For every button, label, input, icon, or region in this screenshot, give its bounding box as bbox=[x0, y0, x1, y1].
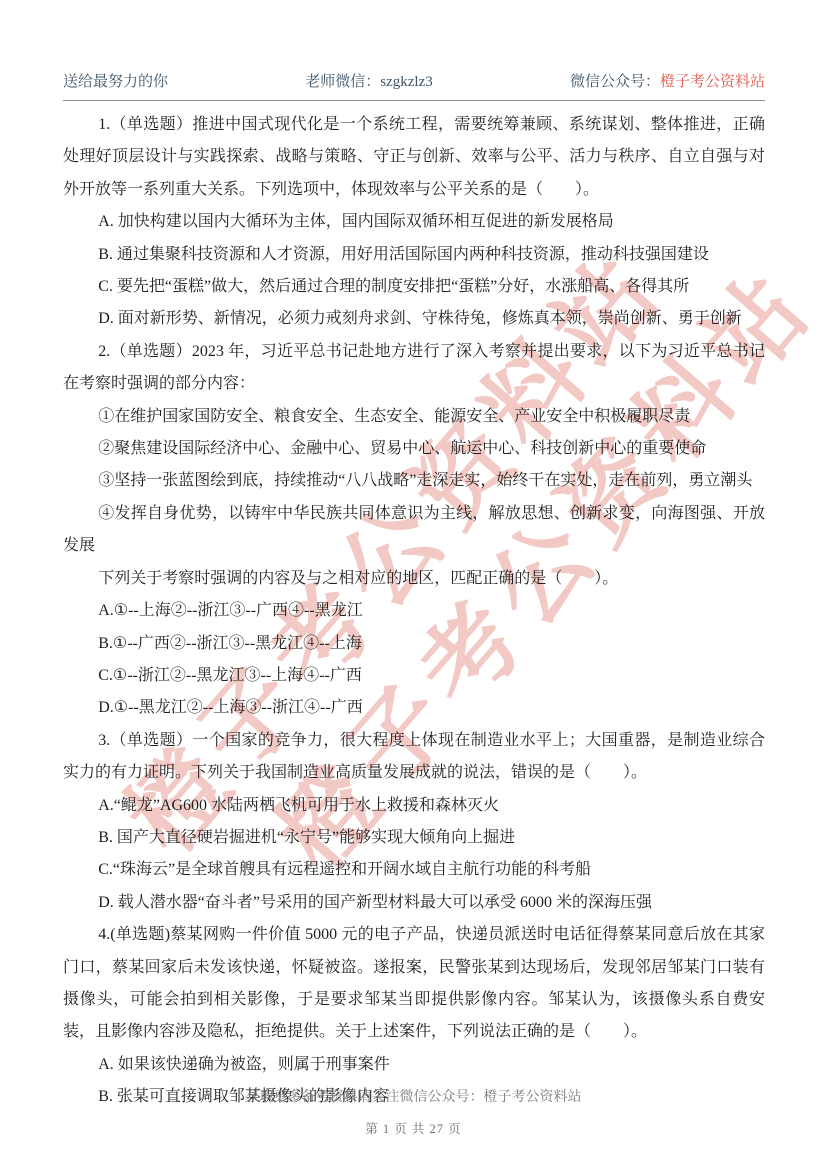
question-3-option-b: B. 国产大直径硬岩掘进机“永宁号”能够实现大倾角向上掘进 bbox=[63, 822, 765, 854]
question-2-option-c: C.①--浙江②--黑龙江③--上海④--广西 bbox=[63, 660, 765, 692]
question-4-option-a: A. 如果该快递确为被盗，则属于刑事案件 bbox=[63, 1049, 765, 1081]
question-2-option-a: A.①--上海②--浙江③--广西④--黑龙江 bbox=[63, 595, 765, 627]
exam-document-page: 橙子考公资料站 橙子考公资料站 送给最努力的你 老师微信：szgkzlz3 微信… bbox=[0, 0, 827, 1169]
teacher-wechat-label: 老师微信： bbox=[305, 74, 380, 90]
question-2-stem: 2.（单选题）2023 年，习近平总书记赴地方进行了深入考察并提出要求，以下为习… bbox=[63, 336, 765, 401]
question-4-stem: 4.(单选题)蔡某网购一件价值 5000 元的电子产品，快递员派送时电话征得蔡某… bbox=[63, 919, 765, 1049]
question-2-stem-continued: 下列关于考察时强调的内容及与之相对应的地区，匹配正确的是（ ）。 bbox=[63, 563, 765, 595]
public-account-label: 微信公众号： bbox=[570, 74, 660, 90]
question-1-stem: 1.（单选题）推进中国式现代化是一个系统工程，需要统筹兼顾、系统谋划、整体推进，… bbox=[63, 109, 765, 206]
question-2-option-d: D.①--黑龙江②--上海③--浙江④--广西 bbox=[63, 692, 765, 724]
question-1-option-d: D. 面对新形势、新情况，必须力戒刻舟求剑、守株待兔，修炼真本领，崇尚创新、勇于… bbox=[63, 303, 765, 335]
teacher-wechat-value: szgkzlz3 bbox=[380, 74, 432, 90]
question-3-option-c: C.“珠海云”是全球首艘具有远程遥控和开阔水域自主航行功能的科考船 bbox=[63, 854, 765, 886]
public-account-value: 橙子考公资料站 bbox=[660, 74, 765, 90]
question-3-option-a: A.“鲲龙”AG600 水陆两栖飞机可用于水上救援和森林灭火 bbox=[63, 790, 765, 822]
question-2-item-1: ①在维护国家国防安全、粮食安全、生态安全、能源安全、产业安全中积极履职尽责 bbox=[63, 401, 765, 433]
question-2-item-2: ②聚焦建设国际经济中心、金融中心、贸易中心、航运中心、科技创新中心的重要使命 bbox=[63, 433, 765, 465]
page-number: 第 1 页 共 27 页 bbox=[0, 1119, 827, 1137]
public-account: 微信公众号：橙子考公资料站 bbox=[570, 70, 765, 91]
question-2-item-3: ③坚持一张蓝图绘到底，持续推动“八八战略”走深走实，始终干在实处，走在前列，勇立… bbox=[63, 465, 765, 497]
page-header: 送给最努力的你 老师微信：szgkzlz3 微信公众号：橙子考公资料站 bbox=[63, 70, 765, 101]
footer-notice: 获取更多备考资料请关注微信公众号：橙子考公资料站 bbox=[0, 1086, 827, 1106]
question-body: 1.（单选题）推进中国式现代化是一个系统工程，需要统筹兼顾、系统谋划、整体推进，… bbox=[63, 109, 765, 1114]
question-1-option-c: C. 要先把“蛋糕”做大，然后通过合理的制度安排把“蛋糕”分好，水涨船高、各得其… bbox=[63, 271, 765, 303]
question-1-option-a: A. 加快构建以国内大循环为主体，国内国际双循环相互促进的新发展格局 bbox=[63, 206, 765, 238]
question-2-option-b: B.①--广西②--浙江③--黑龙江④--上海 bbox=[63, 628, 765, 660]
teacher-wechat: 老师微信：szgkzlz3 bbox=[305, 70, 433, 91]
question-3-stem: 3.（单选题）一个国家的竞争力，很大程度上体现在制造业水平上；大国重器，是制造业… bbox=[63, 725, 765, 790]
question-2-item-4: ④发挥自身优势，以铸牢中华民族共同体意识为主线，解放思想、创新求变，向海图强、开… bbox=[63, 498, 765, 563]
question-3-option-d: D. 载人潜水器“奋斗者”号采用的国产新型材料最大可以承受 6000 米的深海压… bbox=[63, 887, 765, 919]
question-1-option-b: B. 通过集聚科技资源和人才资源，用好用活国际国内两种科技资源，推动科技强国建设 bbox=[63, 239, 765, 271]
header-slogan: 送给最努力的你 bbox=[63, 70, 168, 91]
